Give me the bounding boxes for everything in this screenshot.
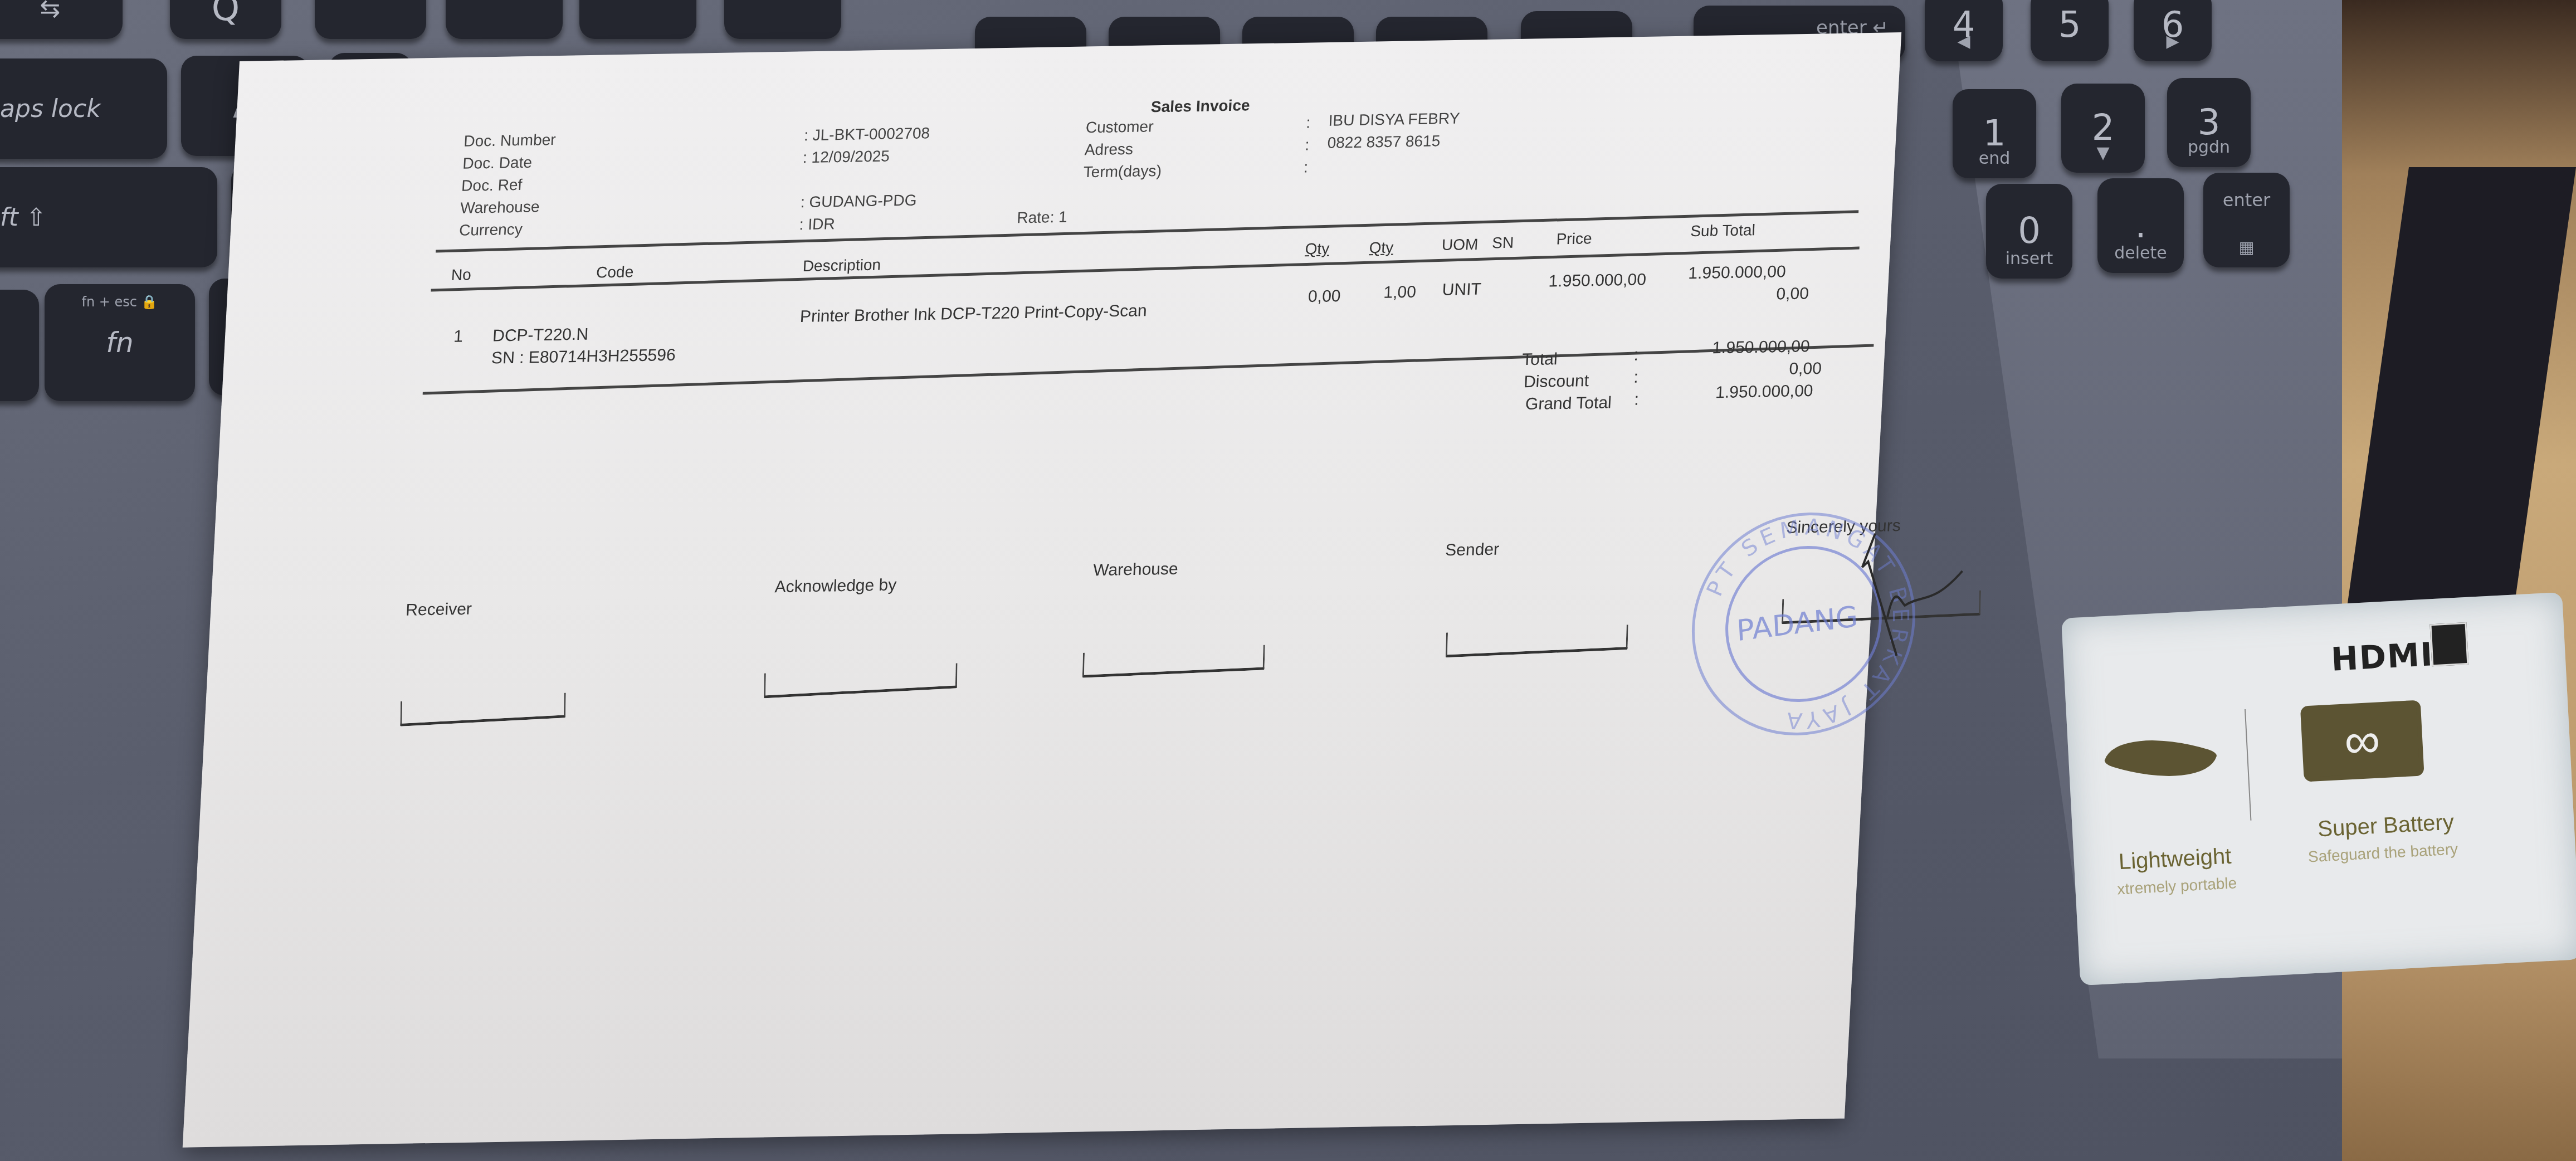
key-num2[interactable]: 2▼ bbox=[2061, 84, 2145, 173]
col-uom: UOM bbox=[1441, 236, 1479, 254]
col-description: Description bbox=[802, 256, 881, 275]
sig-acknowledge-label: Acknowledge by bbox=[774, 575, 897, 597]
discount-value: 0,00 bbox=[1789, 359, 1822, 379]
grand-total-value: 1.950.000,00 bbox=[1715, 382, 1813, 402]
feature-lightweight-title: Lightweight bbox=[2118, 844, 2232, 875]
col-qty-1: Qty bbox=[1305, 240, 1330, 258]
address-label: Adress bbox=[1084, 140, 1134, 159]
feather-icon bbox=[2104, 721, 2218, 795]
customer-value: IBU DISYA FEBRY bbox=[1328, 110, 1460, 130]
key-num0[interactable]: 0insert bbox=[1986, 184, 2072, 279]
sig-sender-line[interactable] bbox=[1446, 625, 1628, 657]
grand-total-label: Grand Total bbox=[1525, 393, 1612, 414]
warehouse-value: : GUDANG-PDG bbox=[800, 192, 917, 212]
doc-date-value: : 12/09/2025 bbox=[802, 147, 890, 167]
row-code: DCP-T220.N bbox=[492, 325, 589, 346]
row-description: Printer Brother Ink DCP-T220 Print-Copy-… bbox=[799, 301, 1147, 326]
key-tab[interactable]: ⇆ bbox=[0, 0, 123, 39]
key-top-row-3[interactable] bbox=[724, 0, 841, 39]
key-num5[interactable]: 5 bbox=[2031, 0, 2109, 61]
battery-infinity-icon: ∞ bbox=[2300, 700, 2424, 782]
handwritten-signature bbox=[1823, 526, 1998, 668]
sales-invoice: Sales Invoice Doc. Number : JL-BKT-00027… bbox=[183, 32, 1901, 1148]
term-days-label: Term(days) bbox=[1083, 162, 1162, 181]
col-subtotal: Sub Total bbox=[1690, 221, 1756, 240]
total-colon: : bbox=[1633, 346, 1639, 365]
feature-battery-title: Super Battery bbox=[2317, 810, 2455, 842]
feature-battery-subtitle: Safeguard the battery bbox=[2307, 840, 2458, 866]
total-label: Total bbox=[1521, 350, 1558, 369]
col-no: No bbox=[451, 266, 472, 284]
key-num3[interactable]: 3pgdn bbox=[2167, 78, 2251, 167]
doc-date-label: Doc. Date bbox=[462, 154, 533, 173]
customer-label: Customer bbox=[1085, 118, 1154, 136]
currency-label: Currency bbox=[458, 221, 523, 240]
grand-total-colon: : bbox=[1634, 391, 1640, 409]
customer-colon: : bbox=[1306, 114, 1311, 131]
sig-receiver-line[interactable] bbox=[400, 692, 565, 726]
key-caps-lock[interactable]: aps lock bbox=[0, 58, 167, 159]
col-price: Price bbox=[1556, 230, 1593, 248]
row-price: 1.950.000,00 bbox=[1548, 271, 1647, 291]
key-shift[interactable]: ft ⇧ bbox=[0, 167, 217, 267]
invoice-title: Sales Invoice bbox=[1150, 96, 1250, 116]
feature-sticker: HDMI ∞ Lightweight xtremely portable Sup… bbox=[2061, 592, 2576, 986]
row-uom: UNIT bbox=[1442, 280, 1482, 300]
key-w[interactable] bbox=[315, 0, 426, 39]
energy-star-logo bbox=[2429, 622, 2468, 666]
row-no: 1 bbox=[453, 327, 463, 346]
exchange-rate: Rate: 1 bbox=[1017, 208, 1068, 227]
sig-warehouse-line[interactable] bbox=[1082, 645, 1265, 677]
key-left-edge[interactable] bbox=[0, 290, 39, 401]
key-top-row-2[interactable] bbox=[579, 0, 696, 39]
row-subtotal-extra: 0,00 bbox=[1776, 284, 1809, 304]
feature-lightweight-subtitle: xtremely portable bbox=[2117, 874, 2237, 898]
sig-warehouse-label: Warehouse bbox=[1092, 560, 1178, 580]
discount-label: Discount bbox=[1523, 372, 1589, 392]
key-num1[interactable]: 1end bbox=[1953, 89, 2036, 178]
warehouse-label: Warehouse bbox=[460, 198, 540, 217]
row-qty-1: 0,00 bbox=[1307, 287, 1341, 306]
row-serial: SN : E80714H3H255596 bbox=[491, 346, 676, 368]
col-qty-2: Qty bbox=[1369, 238, 1394, 257]
key-num-dot[interactable]: .delete bbox=[2097, 178, 2184, 273]
key-num4[interactable]: 4◀ bbox=[1925, 0, 2003, 61]
address-value: 0822 8357 8615 bbox=[1327, 132, 1441, 152]
sticker-divider bbox=[2245, 709, 2251, 821]
doc-number-value: : JL-BKT-0002708 bbox=[803, 124, 930, 144]
key-num6[interactable]: 6▶ bbox=[2134, 0, 2212, 61]
row-subtotal: 1.950.000,00 bbox=[1688, 262, 1787, 283]
discount-colon: : bbox=[1633, 368, 1639, 387]
calculator-icon: ▦ bbox=[2238, 238, 2254, 257]
key-q[interactable]: Q bbox=[170, 0, 281, 39]
key-fn[interactable]: fn + esc 🔒fn bbox=[45, 284, 195, 401]
col-code: Code bbox=[596, 263, 634, 281]
key-num-enter[interactable]: enter▦ bbox=[2203, 173, 2290, 267]
key-top-row-1[interactable] bbox=[446, 0, 563, 39]
address-colon: : bbox=[1305, 136, 1310, 154]
doc-number-label: Doc. Number bbox=[464, 131, 557, 150]
term-days-colon: : bbox=[1303, 158, 1308, 176]
doc-ref-label: Doc. Ref bbox=[461, 176, 523, 195]
total-value: 1.950.000,00 bbox=[1711, 337, 1810, 358]
sig-sender-label: Sender bbox=[1445, 540, 1500, 560]
sig-acknowledge-line[interactable] bbox=[764, 663, 958, 698]
hdmi-logo: HDMI bbox=[2330, 635, 2434, 679]
row-qty-2: 1,00 bbox=[1383, 283, 1417, 303]
currency-value: : IDR bbox=[799, 215, 836, 233]
col-sn: SN bbox=[1491, 234, 1514, 252]
sig-receiver-label: Receiver bbox=[405, 600, 472, 620]
table-top-rule bbox=[436, 210, 1858, 252]
